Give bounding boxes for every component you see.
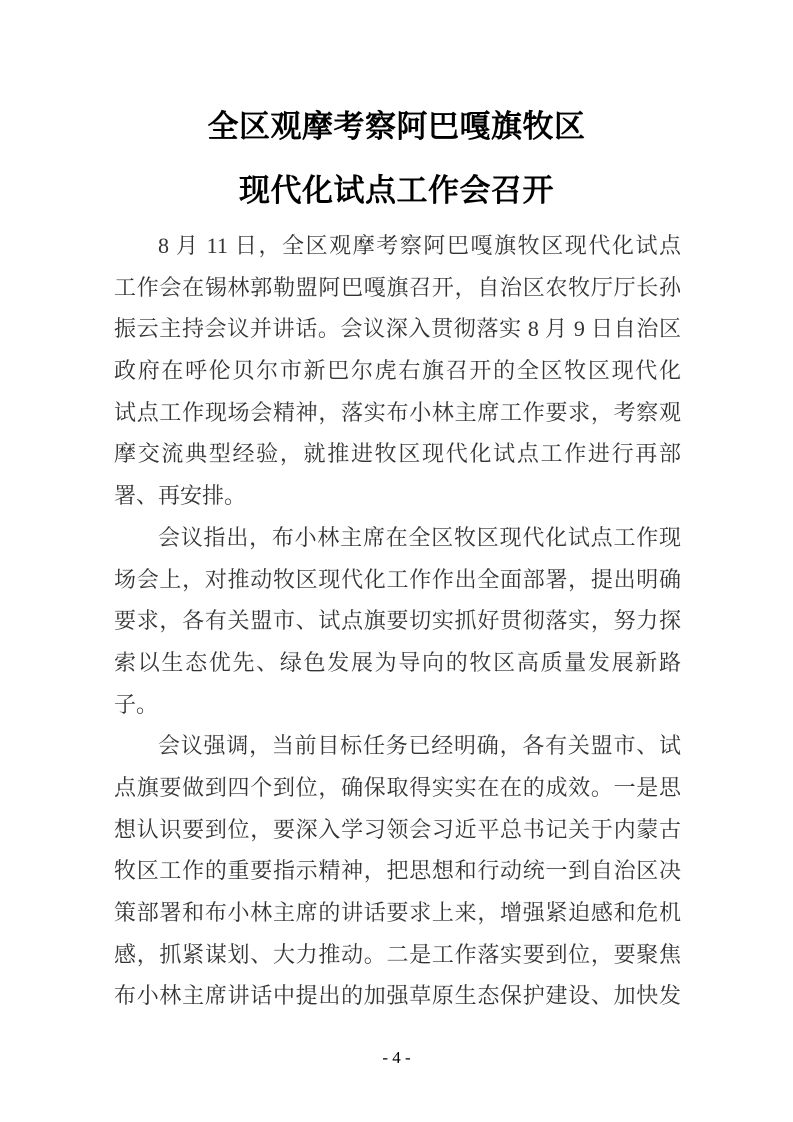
paragraph-1-line-3: 振云主持会议并讲话。会议深入贯彻落实 8 月 9 日自治区 [114,308,681,350]
paragraph-2-line-3: 要求，各有关盟市、试点旗要切实抓好贯彻落实，努力探 [114,600,681,642]
document-body: 8 月 11 日，全区观摩考察阿巴嘎旗牧区现代化试点 工作会在锡林郭勒盟阿巴嘎旗… [114,225,681,1017]
paragraph-1-line-6: 摩交流典型经验，就推进牧区现代化试点工作进行再部 [114,433,681,475]
paragraph-1-line-4: 政府在呼伦贝尔市新巴尔虎右旗召开的全区牧区现代化 [114,350,681,392]
paragraph-2-line-5: 子。 [114,684,681,726]
paragraph-3-line-7: 布小林主席讲话中提出的加强草原生态保护建设、加快发 [114,975,681,1017]
paragraph-3-line-5: 策部署和布小林主席的讲话要求上来，增强紧迫感和危机 [114,892,681,934]
page-footer: - 4 - [0,1046,793,1070]
title-line-2: 现代化试点工作会召开 [0,159,793,223]
document-title: 全区观摩考察阿巴嘎旗牧区 现代化试点工作会召开 [0,95,793,223]
paragraph-2-line-1: 会议指出，布小林主席在全区牧区现代化试点工作现 [114,517,681,559]
paragraph-3-line-1: 会议强调，当前目标任务已经明确，各有关盟市、试 [114,725,681,767]
paragraph-3-line-4: 牧区工作的重要指示精神，把思想和行动统一到自治区决 [114,850,681,892]
paragraph-3-line-3: 想认识要到位，要深入学习领会习近平总书记关于内蒙古 [114,809,681,851]
title-line-1: 全区观摩考察阿巴嘎旗牧区 [0,95,793,159]
paragraph-3-line-6: 感，抓紧谋划、大力推动。二是工作落实要到位，要聚焦 [114,934,681,976]
paragraph-1-line-5: 试点工作现场会精神，落实布小林主席工作要求，考察观 [114,392,681,434]
page-number: - 4 - [382,1048,410,1067]
paragraph-2-line-4: 索以生态优先、绿色发展为导向的牧区高质量发展新路 [114,642,681,684]
paragraph-1-line-7: 署、再安排。 [114,475,681,517]
paragraph-1-line-1: 8 月 11 日，全区观摩考察阿巴嘎旗牧区现代化试点 [114,225,681,267]
document-page: 全区观摩考察阿巴嘎旗牧区 现代化试点工作会召开 8 月 11 日，全区观摩考察阿… [0,0,793,1122]
paragraph-1-line-2: 工作会在锡林郭勒盟阿巴嘎旗召开，自治区农牧厅厅长孙 [114,267,681,309]
paragraph-2-line-2: 场会上，对推动牧区现代化工作作出全面部署，提出明确 [114,559,681,601]
paragraph-3-line-2: 点旗要做到四个到位，确保取得实实在在的成效。一是思 [114,767,681,809]
